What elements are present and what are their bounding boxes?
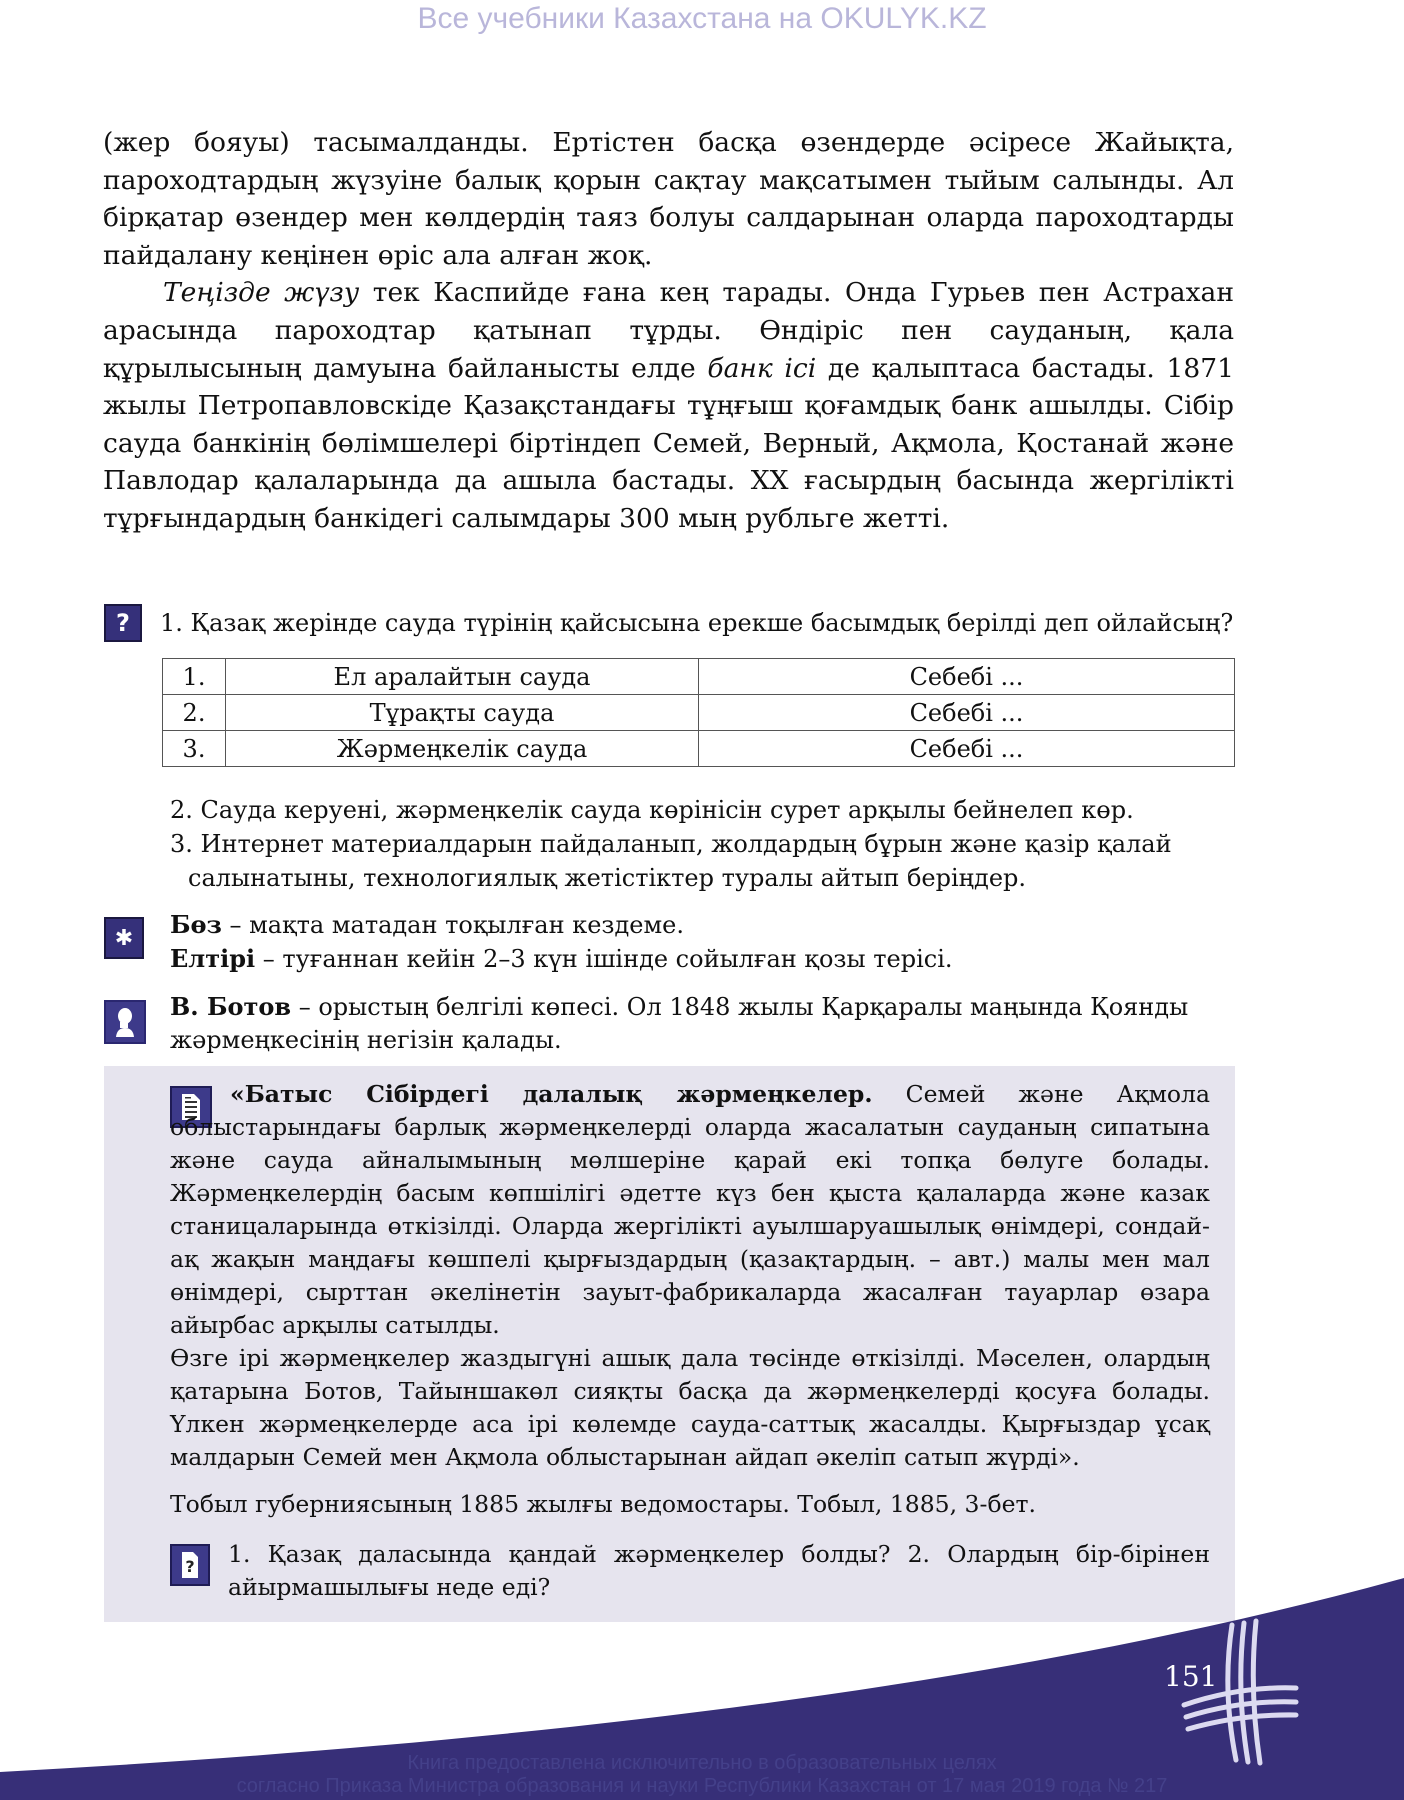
tasks-list: 2. Сауда керуені, жәрмеңкелік сауда көрі…: [170, 793, 1234, 895]
source-question: 1. Қазақ даласында қандай жәрмеңкелер бо…: [228, 1538, 1210, 1604]
footer-note-2: согласно Приказа Министра образования и …: [0, 1775, 1404, 1798]
paragraph-2: Теңізде жүзу тек Каспийде ғана кең тарад…: [103, 274, 1234, 537]
table-row: 3. Жәрмеңкелік сауда Себебі ...: [163, 731, 1235, 767]
document-question-icon: ?: [170, 1544, 210, 1586]
paragraph-1: (жер бояуы) тасымалданды. Ертістен басқа…: [103, 124, 1234, 274]
glossary-item: Елтірі – туғаннан кейін 2–3 күн ішінде с…: [170, 942, 1234, 976]
source-citation: Тобыл губерниясының 1885 жылғы ведомоста…: [170, 1488, 1036, 1521]
asterisk-icon: ✱: [104, 917, 144, 959]
site-watermark: Все учебники Казахстана на OKULYK.KZ: [0, 0, 1404, 38]
glossary: Бөз – мақта матадан тоқылған кездеме. Ел…: [170, 908, 1234, 976]
question-3-continued: салынатыны, технологиялық жетістіктер ту…: [170, 861, 1234, 895]
table-row: 1. Ел аралайтын сауда Себебі ...: [163, 659, 1235, 695]
table-row: 2. Тұрақты сауда Себебі ...: [163, 695, 1235, 731]
question-1: 1. Қазақ жерінде сауда түрінің қайсысына…: [160, 607, 1233, 640]
trade-types-table: 1. Ел аралайтын сауда Себебі ... 2. Тұра…: [162, 658, 1235, 767]
source-excerpt: «Батыс Сібірдегі далалық жәрмеңкелер. Се…: [170, 1078, 1210, 1474]
term-sea-travel: Теңізде жүзу: [163, 277, 359, 308]
person-note: В. Ботов – орыстың белгілі көпесі. Ол 18…: [170, 990, 1234, 1057]
svg-text:?: ?: [185, 1557, 194, 1576]
source-title: «Батыс Сібірдегі далалық жәрмеңкелер.: [230, 1080, 873, 1108]
footer-note-1: Книга предоставлена исключительно в обра…: [0, 1752, 1404, 1775]
glossary-item: Бөз – мақта матадан тоқылған кездеме.: [170, 908, 1234, 942]
question-icon: ?: [104, 604, 142, 642]
source-paragraph-2: Өзге ірі жәрмеңкелер жаздыгүні ашық дала…: [170, 1342, 1210, 1474]
main-text: (жер бояуы) тасымалданды. Ертістен басқа…: [103, 124, 1234, 538]
person-silhouette-icon: [104, 1000, 146, 1044]
person-name: В. Ботов: [170, 992, 291, 1021]
term-banking: банк ісі: [707, 353, 816, 384]
question-2: 2. Сауда керуені, жәрмеңкелік сауда көрі…: [170, 793, 1234, 827]
page-number: 151: [1164, 1660, 1217, 1693]
question-3: 3. Интернет материалдарын пайдаланып, жо…: [170, 827, 1234, 861]
